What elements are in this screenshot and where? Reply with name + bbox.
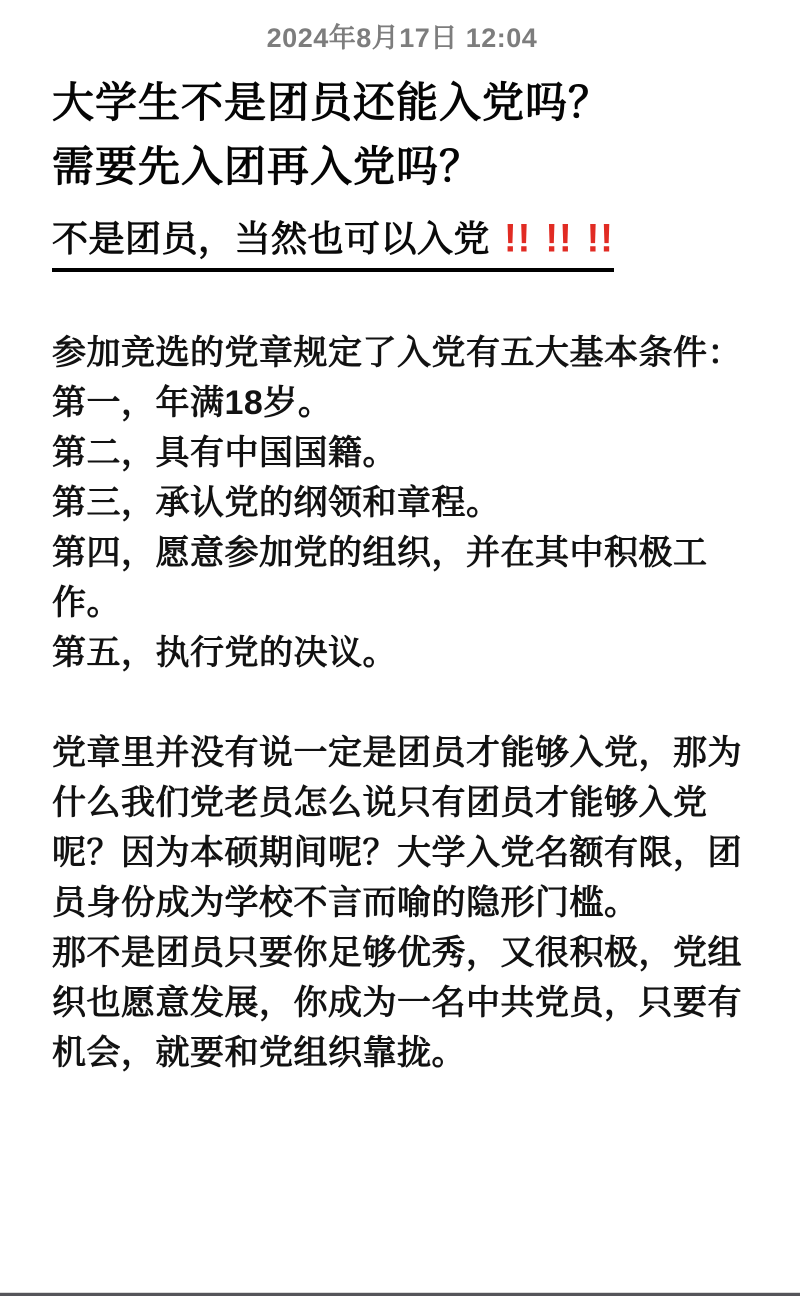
- bottom-divider: [0, 1292, 800, 1296]
- note-content: 2024年8月17日 12:04 大学生不是团员还能入党吗？ 需要先入团再入党吗…: [0, 0, 800, 1078]
- text-line: 第一，年满18岁。: [52, 378, 752, 428]
- title-line-1: 大学生不是团员还能入党吗？: [52, 71, 752, 135]
- double-exclamation-icon: !!: [587, 217, 614, 262]
- text-line: 那不是团员只要你足够优秀，又很积极，党组: [52, 928, 752, 978]
- explanation-paragraph: 党章里并没有说一定是团员才能够入党，那为什么我们党老员怎么说只有团员才能够入党呢…: [52, 728, 752, 1078]
- underlined-text-wrap: 不是团员，当然也可以入党!!!!!!: [52, 211, 614, 272]
- text-line: 员身份成为学校不言而喻的隐形门槛。: [52, 878, 752, 928]
- text-line: 参加竞选的党章规定了入党有五大基本条件：: [52, 328, 752, 378]
- highlight-statement: 不是团员，当然也可以入党!!!!!!: [52, 211, 752, 272]
- double-exclamation-icon: !!: [504, 217, 531, 262]
- text-line: 织也愿意发展，你成为一名中共党员，只要有: [52, 978, 752, 1028]
- page-title: 大学生不是团员还能入党吗？ 需要先入团再入党吗？: [52, 71, 752, 199]
- note-page: 2024年8月17日 12:04 大学生不是团员还能入党吗？ 需要先入团再入党吗…: [0, 0, 800, 1296]
- text-line: 第五，执行党的决议。: [52, 628, 752, 678]
- highlight-text: 不是团员，当然也可以入党: [52, 218, 490, 259]
- timestamp: 2024年8月17日 12:04: [52, 0, 752, 55]
- text-line: 第四，愿意参加党的组织，并在其中积极工: [52, 528, 752, 578]
- title-line-2: 需要先入团再入党吗？: [52, 135, 752, 199]
- text-line: 什么我们党老员怎么说只有团员才能够入党: [52, 778, 752, 828]
- text-line: 机会，就要和党组织靠拢。: [52, 1028, 752, 1078]
- text-line: 第三，承认党的纲领和章程。: [52, 478, 752, 528]
- text-line: 作。: [52, 578, 752, 628]
- conditions-paragraph: 参加竞选的党章规定了入党有五大基本条件：第一，年满18岁。第二，具有中国国籍。第…: [52, 328, 752, 678]
- exclamation-marks: !!!!!!: [490, 218, 614, 259]
- text-line: 第二，具有中国国籍。: [52, 428, 752, 478]
- text-line: 党章里并没有说一定是团员才能够入党，那为: [52, 728, 752, 778]
- text-line: 呢？因为本硕期间呢？大学入党名额有限，团: [52, 828, 752, 878]
- double-exclamation-icon: !!: [545, 217, 572, 262]
